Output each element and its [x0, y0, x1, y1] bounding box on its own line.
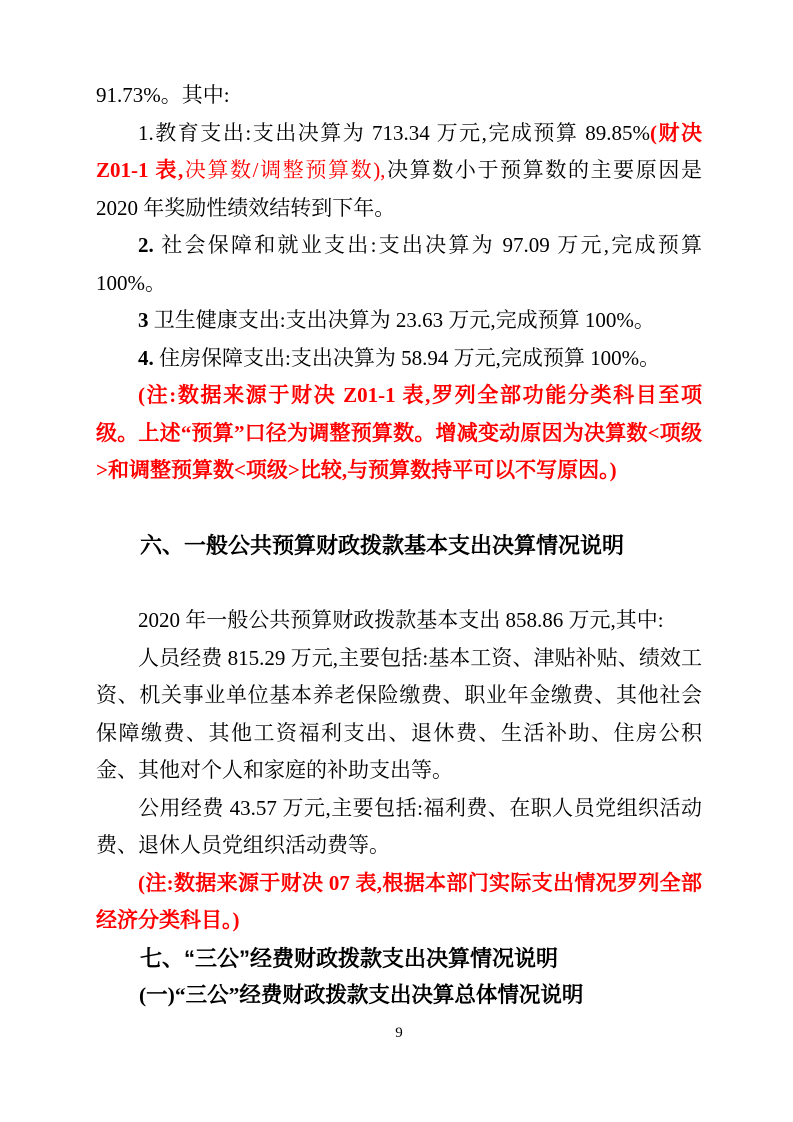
heading-section-six: 六、一般公共预算财政拨款基本支出决算情况说明 [96, 527, 702, 565]
paragraph-item-social: 2. 社会保障和就业支出:支出决算为 97.09 万元,完成预算 100%。 [96, 227, 702, 302]
item-education-black-prefix: 1.教育支出:支出决算为 713.34 万元,完成预算 89.85% [138, 121, 650, 145]
item-health-number: 3 [138, 308, 149, 332]
item-social-number: 2. [138, 233, 154, 257]
paragraph-personnel-expenses: 人员经费 815.29 万元,主要包括:基本工资、津贴补贴、绩效工资、机关事业单… [96, 640, 702, 790]
note-economic-classification: (注:数据来源于财决 07 表,根据本部门实际支出情况罗列全部经济分类科目。) [96, 865, 702, 940]
item-housing-text: 住房保障支出:支出决算为 58.94 万元,完成预算 100%。 [154, 346, 660, 370]
page-number: 9 [96, 1015, 702, 1053]
document-content: 91.73%。其中: 1.教育支出:支出决算为 713.34 万元,完成预算 8… [96, 77, 702, 1052]
paragraph-item-education: 1.教育支出:支出决算为 713.34 万元,完成预算 89.85%(财决 Z0… [96, 115, 702, 228]
document-page: 91.73%。其中: 1.教育支出:支出决算为 713.34 万元,完成预算 8… [0, 0, 793, 1122]
blank-line [96, 565, 702, 603]
blank-line [96, 490, 702, 528]
note-functional-classification: (注:数据来源于财决 Z01-1 表,罗列全部功能分类科目至项级。上述“预算”口… [96, 377, 702, 490]
item-social-text: 社会保障和就业支出:支出决算为 97.09 万元,完成预算 100%。 [96, 233, 702, 295]
paragraph-intro: 91.73%。其中: [96, 77, 702, 115]
paragraph-public-expenses: 公用经费 43.57 万元,主要包括:福利费、在职人员党组织活动费、退休人员党组… [96, 790, 702, 865]
heading-section-seven-sub-one: (一)“三公”经费财政拨款支出决算总体情况说明 [96, 977, 702, 1015]
item-housing-number: 4. [138, 346, 154, 370]
paragraph-item-housing: 4. 住房保障支出:支出决算为 58.94 万元,完成预算 100%。 [96, 340, 702, 378]
item-health-text: 卫生健康支出:支出决算为 23.63 万元,完成预算 100%。 [149, 308, 655, 332]
item-education-red-plain: 决算数/调整预算数), [183, 158, 385, 182]
paragraph-basic-expenditure-total: 2020 年一般公共预算财政拨款基本支出 858.86 万元,其中: [96, 602, 702, 640]
heading-section-seven: 七、“三公”经费财政拨款支出决算情况说明 [96, 940, 702, 978]
paragraph-item-health: 3 卫生健康支出:支出决算为 23.63 万元,完成预算 100%。 [96, 302, 702, 340]
